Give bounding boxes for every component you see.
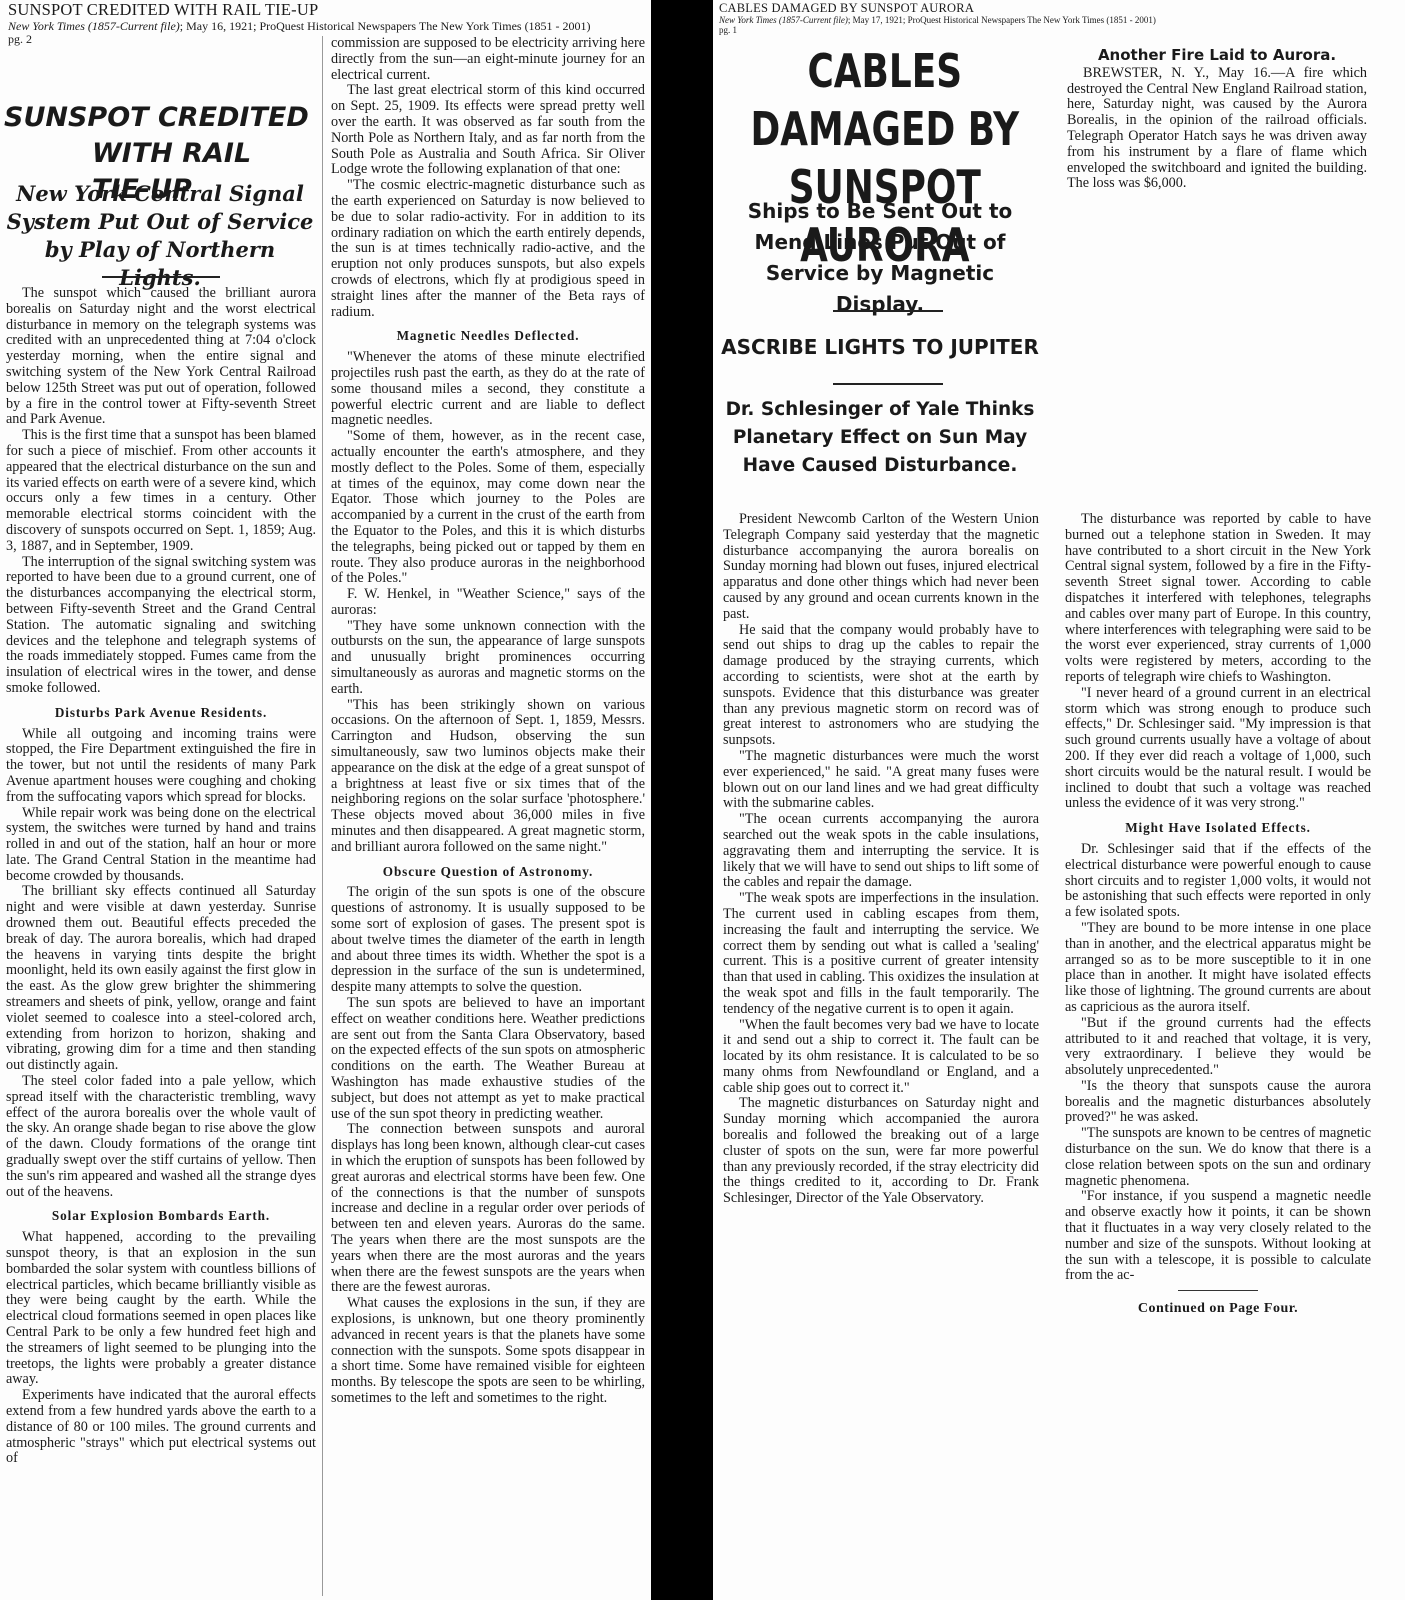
section-subhead: Magnetic Needles Deflected. [331, 328, 645, 344]
section-subhead: Disturbs Park Avenue Residents. [6, 705, 316, 721]
continued-rule [1178, 1290, 1258, 1291]
paragraph: The magnetic disturbances on Saturday ni… [723, 1096, 1039, 1207]
paragraph: The disturbance was reported by cable to… [1065, 512, 1371, 686]
citation-title: CABLES DAMAGED BY SUNSPOT AURORA [719, 2, 1156, 15]
paragraph: The last great electrical storm of this … [331, 83, 645, 178]
paragraph: What happened, according to the prevaili… [6, 1230, 316, 1388]
deck-headline: ASCRIBE LIGHTS TO JUPITER [721, 334, 1039, 360]
citation-header: CABLES DAMAGED BY SUNSPOT AURORA New Yor… [719, 2, 1156, 35]
paragraph: The sun spots are believed to have an im… [331, 996, 645, 1122]
paragraph: F. W. Henkel, in "Weather Science," says… [331, 587, 645, 619]
page-divider [651, 0, 713, 1600]
paragraph: "But if the ground currents had the effe… [1065, 1016, 1371, 1079]
paragraph: "The sunspots are known to be centres of… [1065, 1126, 1371, 1189]
left-article-page: SUNSPOT CREDITED WITH RAIL TIE-UP New Yo… [0, 0, 651, 1600]
paragraph: "Some of them, however, as in the recent… [331, 429, 645, 587]
paragraph: While all outgoing and incoming trains w… [6, 727, 316, 806]
paragraph: "When the fault becomes very bad we have… [723, 1018, 1039, 1097]
paragraph: President Newcomb Carlton of the Western… [723, 512, 1039, 623]
section-subhead: Might Have Isolated Effects. [1065, 820, 1371, 836]
paragraph: "The ocean currents accompanying the aur… [723, 812, 1039, 891]
paragraph: commission are supposed to be electricit… [331, 36, 645, 83]
paragraph: The brilliant sky effects continued all … [6, 884, 316, 1074]
paragraph: "The magnetic disturbances were much the… [723, 749, 1039, 812]
article-column-1: President Newcomb Carlton of the Western… [723, 512, 1039, 1207]
paragraph: "They are bound to be more intense in on… [1065, 921, 1371, 1016]
paragraph: "I never heard of a ground current in an… [1065, 686, 1371, 812]
sidebar-headline: Another Fire Laid to Aurora. [1067, 48, 1367, 64]
continued-link: Continued on Page Four. [1065, 1301, 1371, 1317]
citation-title: SUNSPOT CREDITED WITH RAIL TIE-UP [8, 2, 591, 19]
article-column-2: commission are supposed to be electricit… [331, 36, 645, 1407]
section-subhead: Solar Explosion Bombards Earth. [6, 1208, 316, 1224]
paragraph: The origin of the sun spots is one of th… [331, 885, 645, 996]
paragraph: "The cosmic electric-magnetic disturbanc… [331, 178, 645, 320]
paragraph: The steel color faded into a pale yellow… [6, 1074, 316, 1200]
article-column-1: The sunspot which caused the brilliant a… [6, 286, 316, 1467]
paragraph: This is the first time that a sunspot ha… [6, 428, 316, 554]
column-rule [322, 36, 323, 1596]
headline-rule [102, 276, 220, 278]
subheadline: Ships to Be Sent Out to Mend Lines Put O… [721, 196, 1039, 320]
paragraph: "They have some unknown connection with … [331, 619, 645, 698]
citation-source: New York Times (1857-Current file); May … [719, 16, 1156, 25]
subheadline-2: Dr. Schlesinger of Yale Thinks Planetary… [721, 396, 1039, 480]
paragraph: BREWSTER, N. Y., May 16.—A fire which de… [1067, 66, 1367, 192]
paragraph: While repair work was being done on the … [6, 806, 316, 885]
article-column-2: The disturbance was reported by cable to… [1065, 512, 1371, 1317]
paragraph: "For instance, if you suspend a magnetic… [1065, 1189, 1371, 1284]
section-subhead: Obscure Question of Astronomy. [331, 864, 645, 880]
paragraph: The sunspot which caused the brilliant a… [6, 286, 316, 428]
sidebar-article: Another Fire Laid to Aurora. BREWSTER, N… [1067, 48, 1367, 192]
citation-page: pg. 1 [719, 26, 1156, 35]
paragraph: Dr. Schlesinger said that if the effects… [1065, 842, 1371, 921]
paragraph: What causes the explosions in the sun, i… [331, 1296, 645, 1407]
right-article-page: CABLES DAMAGED BY SUNSPOT AURORA New Yor… [713, 0, 1405, 1600]
paragraph: "Whenever the atoms of these minute elec… [331, 350, 645, 429]
paragraph: The connection between sunspots and auro… [331, 1122, 645, 1296]
headline-rule [833, 383, 943, 385]
headline-rule [833, 310, 943, 312]
paragraph: The interruption of the signal switching… [6, 555, 316, 697]
paragraph: Experiments have indicated that the auro… [6, 1388, 316, 1467]
paragraph: "The weak spots are imperfections in the… [723, 891, 1039, 1017]
paragraph: He said that the company would probably … [723, 623, 1039, 749]
paragraph: "Is the theory that sunspots cause the a… [1065, 1079, 1371, 1126]
paragraph: "This has been strikingly shown on vario… [331, 698, 645, 856]
citation-source: New York Times (1857-Current file); May … [8, 20, 591, 32]
